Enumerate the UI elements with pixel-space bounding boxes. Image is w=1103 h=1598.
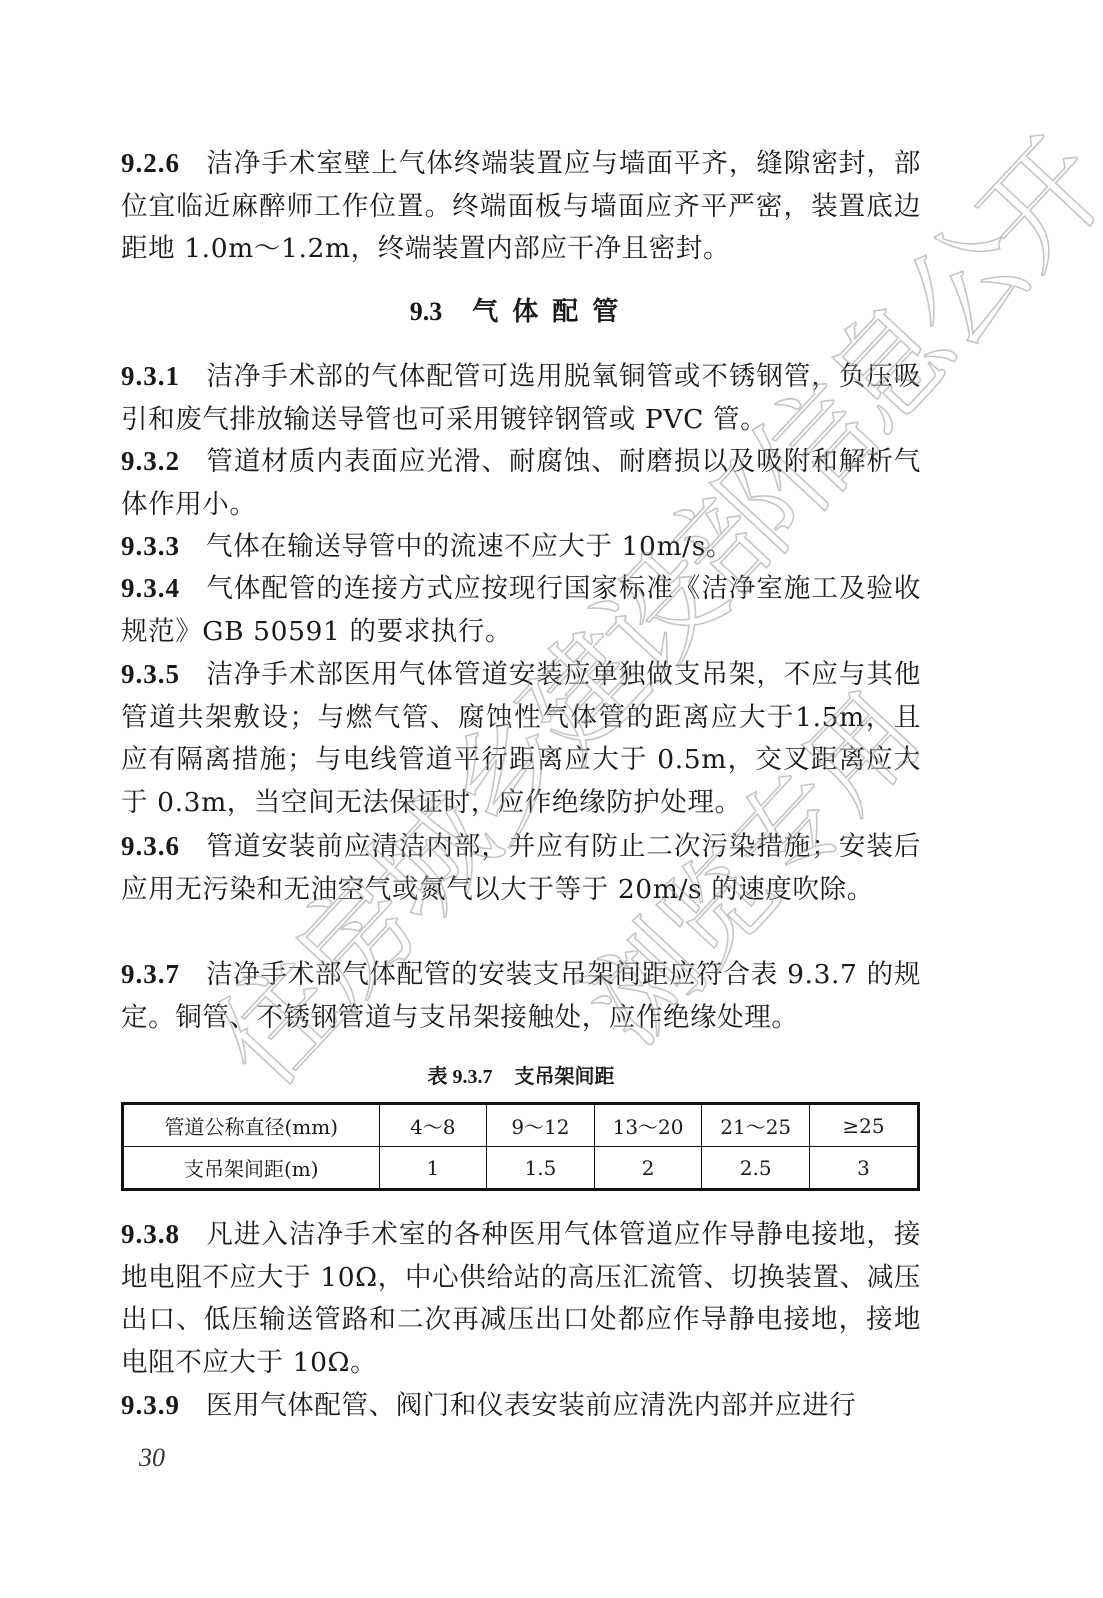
clause-number: 9.2.6 <box>121 148 180 178</box>
clause-text: 洁净手术室壁上气体终端装置应与墙面平齐，缝隙密封，部位宜临近麻醉师工作位置。终端… <box>121 148 921 264</box>
clause-text: 洁净手术部的气体配管可选用脱氧铜管或不锈钢管，负压吸引和废气排放输送导管也可采用… <box>121 361 921 435</box>
clause-9-3-7: 9.3.7洁净手术部气体配管的安装支吊架间距应符合表 9.3.7 的规定。铜管、… <box>121 953 921 1039</box>
document-page: 9.2.6洁净手术室壁上气体终端装置应与墙面平齐，缝隙密封，部位宜临近麻醉师工作… <box>121 0 921 1598</box>
clause-text: 洁净手术部气体配管的安装支吊架间距应符合表 9.3.7 的规定。铜管、不锈钢管道… <box>121 959 921 1033</box>
clause-number: 9.3.9 <box>121 1390 180 1420</box>
section-number: 9.3 <box>410 297 443 326</box>
clause-9-3-6: 9.3.6管道安装前应清洁内部，并应有防止二次污染措施；安装后应用无污染和无油空… <box>121 825 921 911</box>
clause-number: 9.3.6 <box>121 831 180 861</box>
clause-number: 9.3.3 <box>121 531 180 561</box>
table-cell: 9～12 <box>487 1104 595 1147</box>
table-row: 支吊架间距(m) 1 1.5 2 2.5 3 <box>123 1147 919 1190</box>
table-row: 管道公称直径(mm) 4～8 9～12 13～20 21～25 ≥25 <box>123 1104 919 1147</box>
clause-number: 9.3.2 <box>121 446 180 476</box>
table-header-cell: 支吊架间距(m) <box>123 1147 380 1190</box>
clause-9-2-6: 9.2.6洁净手术室壁上气体终端装置应与墙面平齐，缝隙密封，部位宜临近麻醉师工作… <box>121 142 921 271</box>
section-title: 气体配管 <box>472 297 632 327</box>
table-cell: 3 <box>810 1147 919 1190</box>
clause-9-3-2: 9.3.2管道材质内表面应光滑、耐腐蚀、耐磨损以及吸附和解析气体作用小。 <box>121 440 921 526</box>
section-heading: 9.3气体配管 <box>121 292 921 332</box>
clause-number: 9.3.4 <box>121 573 180 603</box>
table-cell: 1 <box>379 1147 487 1190</box>
table-cell: 1.5 <box>487 1147 595 1190</box>
clause-text: 管道材质内表面应光滑、耐腐蚀、耐磨损以及吸附和解析气体作用小。 <box>121 446 921 520</box>
table-header-cell: 管道公称直径(mm) <box>123 1104 380 1147</box>
clause-number: 9.3.8 <box>121 1219 180 1249</box>
clause-number: 9.3.5 <box>121 659 180 689</box>
support-spacing-table: 管道公称直径(mm) 4～8 9～12 13～20 21～25 ≥25 支吊架间… <box>121 1102 920 1191</box>
table-title: 支吊架间距 <box>515 1064 615 1088</box>
table-cell: 2.5 <box>702 1147 810 1190</box>
clause-9-3-3: 9.3.3气体在输送导管中的流速不应大于 10m/s。 <box>121 525 921 569</box>
page-number: 30 <box>139 1443 165 1473</box>
clause-text: 医用气体配管、阀门和仪表安装前应清洗内部并应进行 <box>206 1390 856 1421</box>
table-cell: 13～20 <box>594 1104 702 1147</box>
table-cell: 4～8 <box>379 1104 487 1147</box>
clause-9-3-8: 9.3.8凡进入洁净手术室的各种医用气体管道应作导静电接地，接地电阻不应大于 1… <box>121 1213 921 1384</box>
clause-text: 洁净手术部医用气体管道安装应单独做支吊架，不应与其他管道共架敷设；与燃气管、腐蚀… <box>121 659 921 818</box>
clause-text: 气体在输送导管中的流速不应大于 10m/s。 <box>206 531 733 562</box>
table-number: 表 9.3.7 <box>428 1066 493 1088</box>
clause-text: 管道安装前应清洁内部，并应有防止二次污染措施；安装后应用无污染和无油空气或氮气以… <box>121 831 921 905</box>
clause-9-3-1: 9.3.1洁净手术部的气体配管可选用脱氧铜管或不锈钢管，负压吸引和废气排放输送导… <box>121 355 921 441</box>
clause-text: 气体配管的连接方式应按现行国家标准《洁净室施工及验收规范》GB 50591 的要… <box>121 573 921 647</box>
table-cell: 21～25 <box>702 1104 810 1147</box>
clause-number: 9.3.7 <box>121 959 180 989</box>
clause-9-3-9: 9.3.9医用气体配管、阀门和仪表安装前应清洗内部并应进行 <box>121 1384 921 1428</box>
clause-text: 凡进入洁净手术室的各种医用气体管道应作导静电接地，接地电阻不应大于 10Ω，中心… <box>121 1219 921 1378</box>
clause-9-3-4: 9.3.4气体配管的连接方式应按现行国家标准《洁净室施工及验收规范》GB 505… <box>121 567 921 653</box>
table-caption: 表 9.3.7支吊架间距 <box>121 1061 921 1092</box>
table-cell: ≥25 <box>810 1104 919 1147</box>
table-cell: 2 <box>594 1147 702 1190</box>
clause-9-3-5: 9.3.5洁净手术部医用气体管道安装应单独做支吊架，不应与其他管道共架敷设；与燃… <box>121 653 921 824</box>
clause-number: 9.3.1 <box>121 361 180 391</box>
